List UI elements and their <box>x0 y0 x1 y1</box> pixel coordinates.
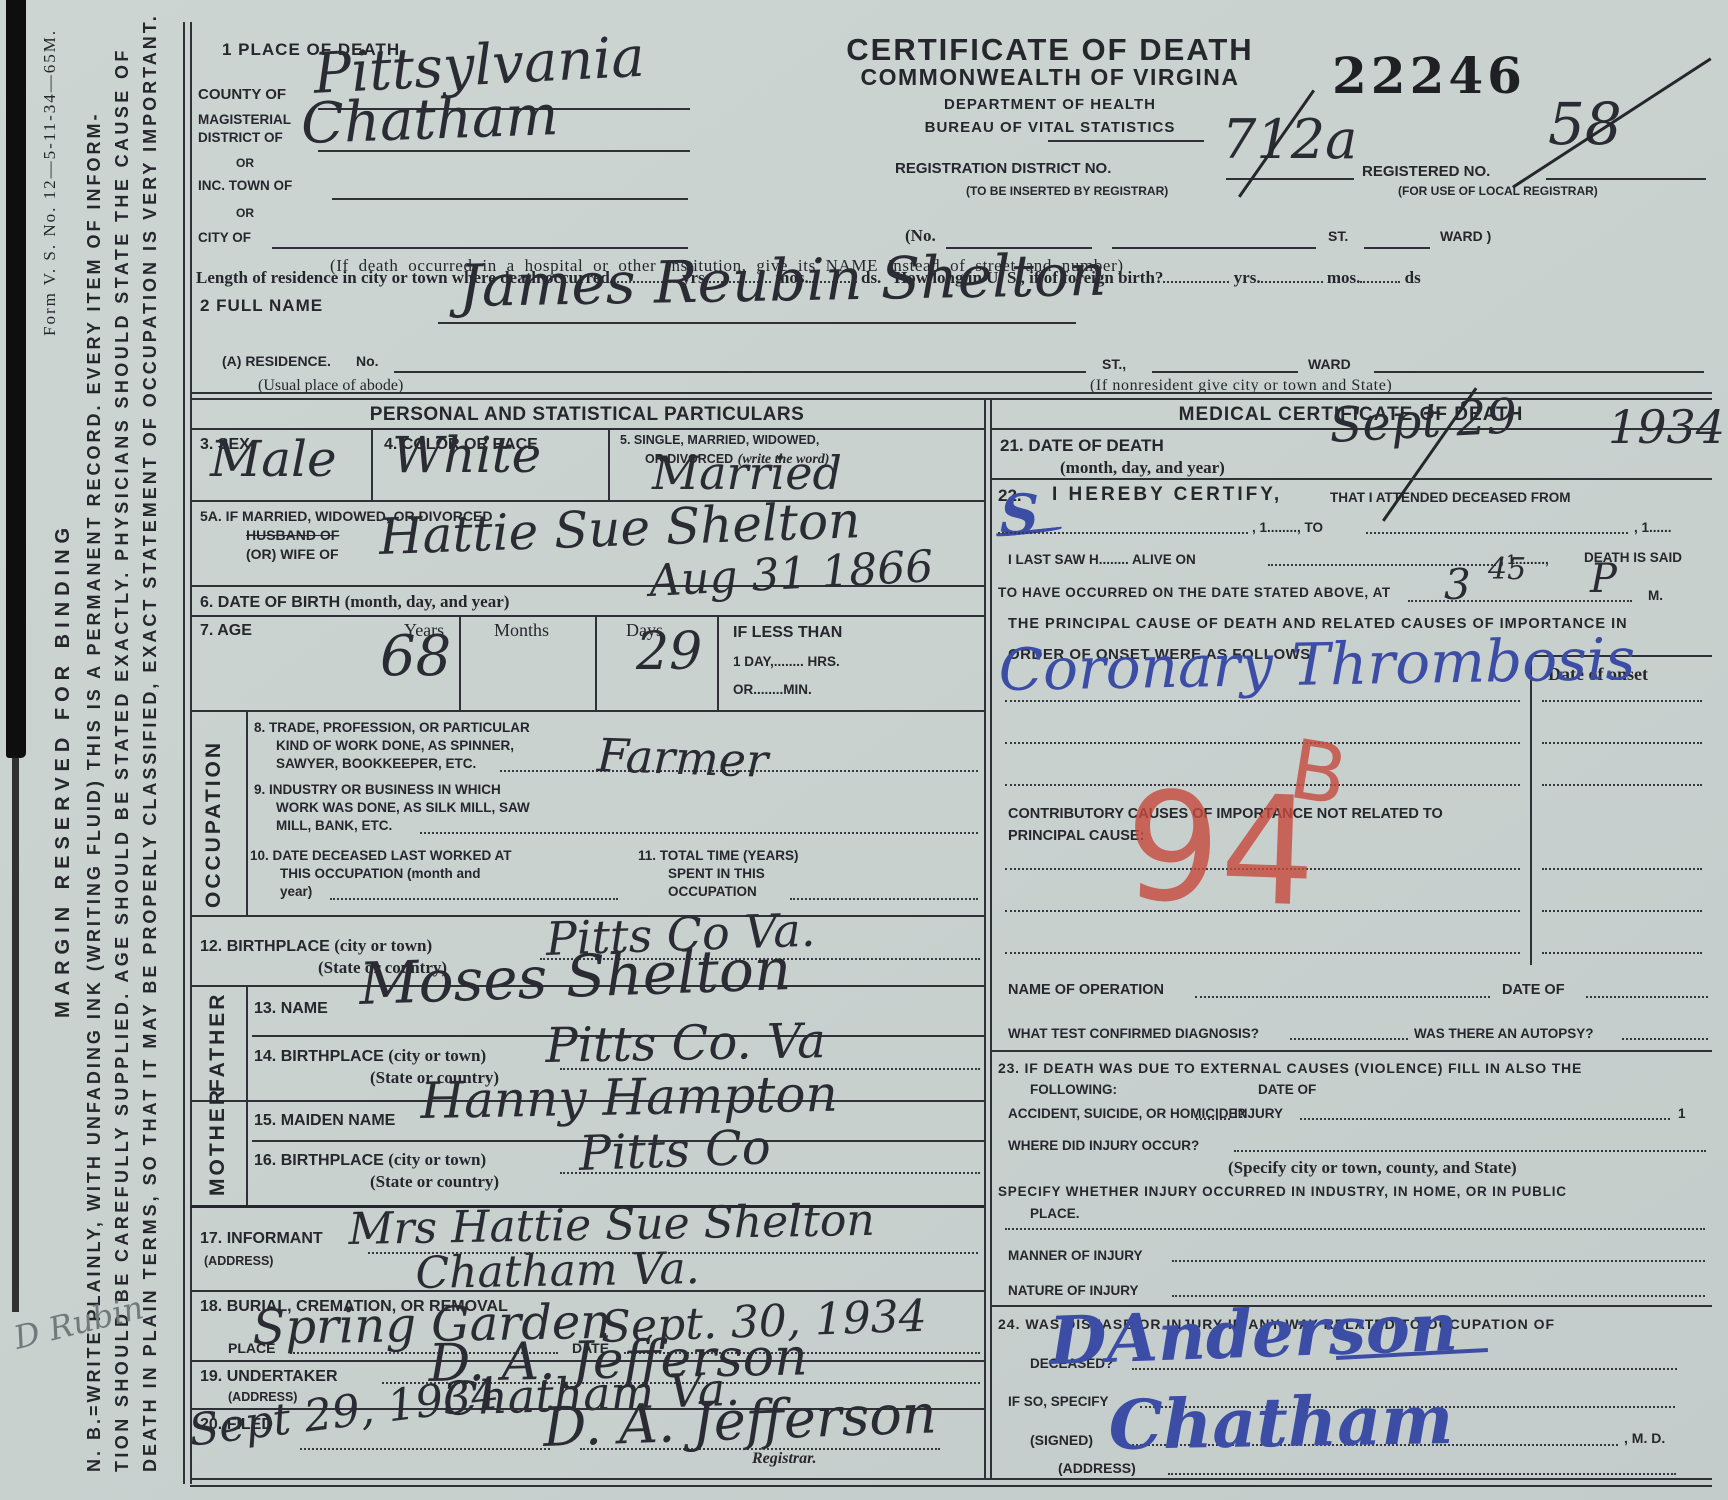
occupation-side-label: OCCUPATION <box>202 740 226 908</box>
pre-registration-line <box>1048 140 1204 142</box>
rule <box>990 478 1712 480</box>
total-time-label-2: SPENT IN THIS <box>668 866 765 881</box>
cell-divider <box>595 615 597 710</box>
if-so-specify-label: IF SO, SPECIFY <box>1008 1394 1109 1409</box>
birthplace-label: 12. BIRTHPLACE <box>200 938 330 955</box>
autopsy-label: WAS THERE AN AUTOPSY? <box>1414 1026 1594 1041</box>
residence-ward-label: WARD <box>1308 356 1351 372</box>
dotted-line <box>1005 742 1520 744</box>
registered-no-label: REGISTERED NO. <box>1362 163 1490 180</box>
full-name-line <box>438 322 1076 324</box>
dotted-line <box>1542 700 1702 702</box>
cell-divider <box>717 615 719 710</box>
margin-reserved-label: MARGIN RESERVED FOR BINDING <box>52 522 75 1018</box>
certify-ink-mark: S <box>1000 482 1039 546</box>
dotted-line <box>1542 868 1702 870</box>
dotted-line <box>420 832 978 834</box>
cell-divider <box>608 428 610 500</box>
binding-shadow <box>6 0 26 758</box>
ward-label: WARD ) <box>1440 228 1491 244</box>
st-label: ST. <box>1328 228 1348 244</box>
informant-label: 17. INFORMANT <box>200 1230 323 1248</box>
registration-district-label: REGISTRATION DISTRICT NO. <box>895 160 1111 177</box>
binding-shadow-lower <box>12 756 19 1312</box>
dotted-line <box>330 898 618 900</box>
full-name-value: James Reubin Shelton <box>458 241 1107 320</box>
dotted-line <box>1168 1473 1676 1475</box>
date-of-death-sub: (month, day, and year) <box>1060 458 1225 478</box>
mother-birthplace-label: 16. BIRTHPLACE <box>254 1152 384 1169</box>
local-registrar-note: (FOR USE OF LOCAL REGISTRAR) <box>1398 184 1598 198</box>
inc-town-label: INC. TOWN OF <box>198 178 292 193</box>
trade-value: Farmer <box>596 728 769 788</box>
dotted-line <box>1234 1150 1706 1152</box>
operation-label: NAME OF OPERATION <box>1008 982 1164 998</box>
last-worked-label-3: year) <box>280 884 312 899</box>
certificate-title: CERTIFICATE OF DEATH <box>760 32 1340 68</box>
residence-a-label: (A) RESIDENCE. <box>222 353 331 369</box>
injury-date-of-label: DATE OF <box>1258 1082 1316 1097</box>
dotted-line <box>1542 910 1702 912</box>
husband-of-label: HUSBAND OF <box>246 527 339 543</box>
margin-nb-line2: TION SHOULD BE CAREFULLY SUPPLIED. AGE S… <box>112 47 133 1472</box>
dob-row: 6. DATE OF BIRTH (month, day, and year) <box>200 592 509 612</box>
trade-label-2: KIND OF WORK DONE, AS SPINNER, <box>276 738 514 753</box>
dotted-line <box>1172 1260 1705 1262</box>
yrs-label-2: yrs. <box>1234 268 1261 287</box>
age-years-value: 68 <box>380 624 451 689</box>
nature-of-injury-label: NATURE OF INJURY <box>1008 1283 1139 1298</box>
or-label-1: OR <box>236 156 254 170</box>
dotted-line <box>1163 268 1229 283</box>
signed-label: (SIGNED) <box>1030 1432 1093 1448</box>
form-border-left-inner <box>190 22 192 1484</box>
time-meridiem-value: P <box>1590 556 1617 602</box>
dotted-line <box>1005 1228 1705 1230</box>
manner-of-injury-label: MANNER OF INJURY <box>1008 1248 1143 1263</box>
dotted-line <box>1300 1118 1670 1120</box>
occupation-strip-line <box>246 710 248 915</box>
full-name-label: 2 FULL NAME <box>200 296 323 316</box>
city-of-label: CITY OF <box>198 230 251 245</box>
undertaker-label: 19. UNDERTAKER <box>200 1368 338 1386</box>
or-label-2: OR <box>236 206 254 220</box>
trade-label-3: SAWYER, BOOKKEEPER, ETC. <box>276 756 476 771</box>
physician-signature-town: Chatham <box>1108 1380 1454 1466</box>
md-label: , M. D. <box>1624 1430 1665 1446</box>
external-causes-label: 23. IF DEATH WAS DUE TO EXTERNAL CAUSES … <box>998 1060 1582 1076</box>
date-of-death-label: 21. DATE OF DEATH <box>1000 436 1164 456</box>
time-min-value: 45 <box>1488 552 1526 587</box>
stamp-serial-number: 22246 <box>1332 46 1526 105</box>
personal-header: PERSONAL AND STATISTICAL PARTICULARS <box>190 404 984 426</box>
mother-birthplace-row: 16. BIRTHPLACE (city or town) <box>254 1150 486 1170</box>
column-divider-inner <box>990 398 992 1480</box>
father-name-label: 13. NAME <box>254 1000 328 1018</box>
certify-label: I HEREBY CERTIFY, <box>1052 484 1282 506</box>
county-label: COUNTY OF <box>198 86 286 103</box>
residence-no-line <box>394 371 1086 373</box>
registration-district-line <box>1226 178 1354 180</box>
informant-address-label: (ADDRESS) <box>204 1254 273 1268</box>
mother-side-label: MOTHER <box>206 1087 230 1196</box>
total-time-label-3: OCCUPATION <box>668 884 757 899</box>
meridiem-label: M. <box>1648 588 1663 603</box>
dotted-line <box>1542 952 1702 954</box>
father-birthplace-row: 14. BIRTHPLACE (city or town) <box>254 1046 486 1066</box>
last-worked-label-2: THIS OCCUPATION (month and <box>280 866 480 881</box>
district-of-label: DISTRICT OF <box>198 130 283 145</box>
form-border-bottom-inner <box>190 1485 1712 1487</box>
industry-label-1: 9. INDUSTRY OR BUSINESS IN WHICH <box>254 782 501 797</box>
ds-label-2: ds <box>1405 268 1421 287</box>
form-border-bottom-outer <box>190 1478 1712 1480</box>
age-days-value: 29 <box>636 622 702 682</box>
margin-nb-line1: N. B.=WRITE PLAINLY, WITH UNFADING INK (… <box>84 112 105 1473</box>
registrar-insert-note: (TO BE INSERTED BY REGISTRAR) <box>966 184 1168 198</box>
industry-label-2: WORK WAS DONE, AS SILK MILL, SAW <box>276 800 530 815</box>
occurred-label: TO HAVE OCCURRED ON THE DATE STATED ABOV… <box>998 585 1391 600</box>
dotted-line <box>1622 1038 1708 1040</box>
residence-st-line <box>1152 371 1298 373</box>
st-line <box>1364 247 1430 249</box>
industry-label-3: MILL, BANK, ETC. <box>276 818 392 833</box>
death-certificate-scan: Form V. S. No. 12—5-11-34—65M. MARGIN RE… <box>0 0 1728 1500</box>
total-time-label-1: 11. TOTAL TIME (YEARS) <box>638 848 799 863</box>
injury-year-label: 1 <box>1678 1106 1686 1121</box>
registrar-label: Registrar. <box>752 1450 816 1468</box>
physician-signature: DAnderson <box>1048 1288 1459 1380</box>
interval-end-label: , 1...... <box>1634 520 1672 535</box>
one-day-label: 1 DAY,........ HRS. <box>733 654 840 669</box>
dotted-line <box>1366 532 1628 534</box>
street-name-line <box>1112 247 1316 249</box>
registration-district-value: 712a <box>1222 108 1357 171</box>
injury-label: INJURY <box>1234 1106 1283 1121</box>
cell-divider <box>371 428 373 500</box>
cell-divider <box>459 615 461 710</box>
specify-city-note: (Specify city or town, county, and State… <box>1228 1158 1517 1178</box>
dotted-line <box>300 1448 550 1450</box>
father-strip-line <box>246 985 248 1100</box>
district-value: Chatham <box>300 83 559 157</box>
registered-no-line <box>1546 178 1706 180</box>
dob-label: 6. DATE OF BIRTH <box>200 594 340 611</box>
age-label: 7. AGE <box>200 622 252 640</box>
rule <box>990 1050 1712 1052</box>
residence-st-label: ST., <box>1102 356 1126 372</box>
age-months-header: Months <box>494 620 549 641</box>
last-worked-label-1: 10. DATE DECEASED LAST WORKED AT <box>250 848 512 863</box>
city-or-town-note: (city or town) <box>388 1046 486 1065</box>
dob-sub-label: (month, day, and year) <box>345 592 510 611</box>
rule <box>190 1290 984 1292</box>
dotted-line <box>1360 268 1400 283</box>
if-less-label: IF LESS THAN <box>733 624 842 642</box>
residence-no-label: No. <box>356 353 379 369</box>
dotted-line <box>1586 996 1708 998</box>
maiden-name-label: 15. MAIDEN NAME <box>254 1112 395 1130</box>
sex-value: Male <box>210 430 337 488</box>
dotted-line <box>1005 952 1520 954</box>
onset-box-left <box>1530 655 1532 965</box>
city-or-town-note: (city or town) <box>388 1150 486 1169</box>
dotted-line <box>1195 996 1490 998</box>
father-birthplace-label: 14. BIRTHPLACE <box>254 1048 384 1065</box>
mos-label-2: mos. <box>1327 268 1361 287</box>
contributory-label-2: PRINCIPAL CAUSE: <box>1008 828 1144 844</box>
state-or-country-note: (State or country) <box>370 1172 499 1192</box>
following-label: FOLLOWING: <box>1030 1082 1117 1097</box>
time-hour-value: 3 <box>1444 560 1471 609</box>
dotted-line <box>1196 1118 1230 1120</box>
where-injury-label: WHERE DID INJURY OCCUR? <box>1008 1138 1199 1153</box>
dotted-line <box>1261 268 1323 283</box>
maiden-name-value: Hanny Hampton <box>420 1065 838 1130</box>
dotted-line <box>1542 742 1702 744</box>
magisterial-label: MAGISTERIAL <box>198 112 291 127</box>
commonwealth-subtitle: COMMONWEALTH OF VIRGINA <box>760 64 1340 91</box>
marital-label-1: 5. SINGLE, MARRIED, WIDOWED, <box>620 433 819 447</box>
inc-town-line <box>332 198 688 200</box>
dotted-line <box>1542 784 1702 786</box>
race-value: White <box>392 426 541 484</box>
dotted-line <box>790 898 978 900</box>
trade-label-1: 8. TRADE, PROFESSION, OR PARTICULAR <box>254 720 530 735</box>
certify-label-2: THAT I ATTENDED DECEASED FROM <box>1330 490 1571 505</box>
dotted-line <box>1290 1038 1408 1040</box>
mother-birthplace-value: Pitts Co <box>578 1119 772 1182</box>
form-number: Form V. S. No. 12—5-11-34—65M. <box>40 29 60 336</box>
mother-strip-line <box>246 1100 248 1205</box>
cause-of-death-value: Coronary Thrombosis <box>998 625 1636 704</box>
place-word-label: PLACE. <box>1030 1206 1080 1221</box>
date-of-death-value: Sept 29 <box>1328 388 1518 454</box>
form-border-left-outer <box>183 22 185 1484</box>
column-divider-outer <box>984 398 986 1480</box>
margin-nb-line3: DEATH IN PLAIN TERMS, SO THAT IT MAY BE … <box>140 13 161 1472</box>
interval-to-label: , 1........, TO <box>1252 520 1323 535</box>
wife-of-label: (OR) WIFE OF <box>246 546 339 562</box>
registered-flourish <box>1512 57 1712 188</box>
father-name-value: Moses Shelton <box>358 935 792 1018</box>
or-min-label: OR........MIN. <box>733 682 812 697</box>
rule <box>190 615 984 617</box>
father-side-label: FATHER <box>206 992 230 1092</box>
operation-date-label: DATE OF <box>1502 982 1565 998</box>
last-saw-label: I LAST SAW H........ ALIVE ON <box>1008 552 1196 567</box>
rule <box>190 710 984 712</box>
test-label: WHAT TEST CONFIRMED DIAGNOSIS? <box>1008 1026 1259 1041</box>
specify-whether-label: SPECIFY WHETHER INJURY OCCURRED IN INDUS… <box>998 1184 1567 1199</box>
dotted-line <box>998 532 1248 534</box>
residence-ward-line <box>1374 371 1704 373</box>
date-of-death-year: 1934 <box>1608 400 1725 454</box>
